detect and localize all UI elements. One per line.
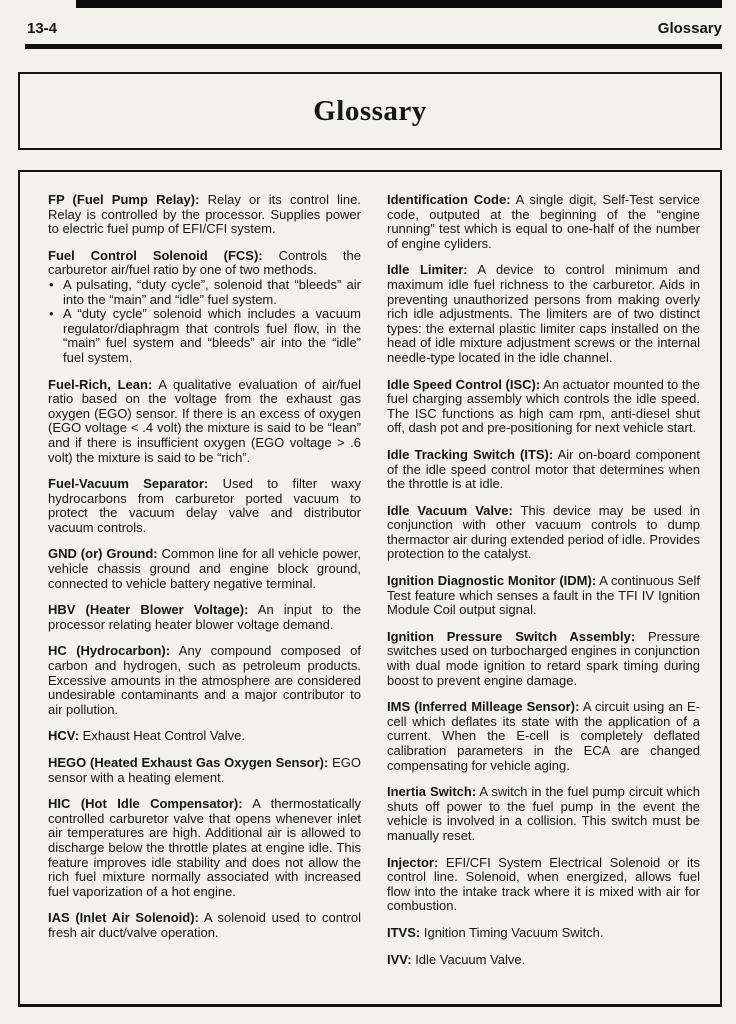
glossary-definition: HC (Hydrocarbon): Any compound composed …: [48, 644, 361, 717]
glossary-definition: Idle Vacuum Valve: This device may be us…: [387, 504, 700, 562]
glossary-entry: Identification Code: A single digit, Sel…: [387, 193, 700, 251]
glossary-entry: HCV: Exhaust Heat Control Valve.: [48, 729, 361, 744]
glossary-term: Injector:: [387, 855, 438, 870]
bullet-item: A “duty cycle” solenoid which includes a…: [48, 307, 361, 365]
glossary-definition: Ignition Pressure Switch Assembly: Press…: [387, 630, 700, 688]
glossary-term: IVV:: [387, 952, 412, 967]
glossary-entry: IMS (Inferred Milleage Sensor): A circui…: [387, 700, 700, 773]
glossary-entry: Idle Speed Control (ISC): An actuator mo…: [387, 378, 700, 436]
glossary-entry: Fuel-Rich, Lean: A qualitative evaluatio…: [48, 378, 361, 466]
glossary-term: Inertia Switch:: [387, 784, 476, 799]
glossary-definition: FP (Fuel Pump Relay): Relay or its contr…: [48, 193, 361, 237]
page-title: Glossary: [313, 95, 427, 128]
glossary-term: Fuel-Rich, Lean:: [48, 377, 152, 392]
glossary-definition: HIC (Hot Idle Compensator): A thermostat…: [48, 797, 361, 899]
glossary-term: Ignition Diagnostic Monitor (IDM):: [387, 573, 596, 588]
glossary-entry: HEGO (Heated Exhaust Gas Oxygen Sensor):…: [48, 756, 361, 785]
glossary-entry: IVV: Idle Vacuum Valve.: [387, 953, 700, 968]
glossary-definition: IAS (Inlet Air Solenoid): A solenoid use…: [48, 911, 361, 940]
header-rule: [25, 44, 722, 49]
glossary-entry: Fuel Control Solenoid (FCS): Controls th…: [48, 249, 361, 366]
glossary-definition: Injector: EFI/CFI System Electrical Sole…: [387, 856, 700, 914]
glossary-term: Identification Code:: [387, 192, 511, 207]
glossary-term: HC (Hydrocarbon):: [48, 643, 170, 658]
glossary-column-left: FP (Fuel Pump Relay): Relay or its contr…: [48, 193, 361, 979]
glossary-definition: Fuel-Rich, Lean: A qualitative evaluatio…: [48, 378, 361, 466]
glossary-definition: ITVS: Ignition Timing Vacuum Switch.: [387, 926, 700, 941]
glossary-term: HEGO (Heated Exhaust Gas Oxygen Sensor):: [48, 755, 328, 770]
glossary-definition: Inertia Switch: A switch in the fuel pum…: [387, 785, 700, 843]
glossary-entry: Idle Tracking Switch (ITS): Air on-board…: [387, 448, 700, 492]
glossary-entry: Injector: EFI/CFI System Electrical Sole…: [387, 856, 700, 914]
glossary-definition: Fuel Control Solenoid (FCS): Controls th…: [48, 249, 361, 278]
glossary-definition: Idle Tracking Switch (ITS): Air on-board…: [387, 448, 700, 492]
glossary-term: HCV:: [48, 728, 79, 743]
glossary-term: HBV (Heater Blower Voltage):: [48, 602, 248, 617]
glossary-entry: HC (Hydrocarbon): Any compound composed …: [48, 644, 361, 717]
glossary-term: HIC (Hot Idle Compensator):: [48, 796, 243, 811]
glossary-definition: Ignition Diagnostic Monitor (IDM): A con…: [387, 574, 700, 618]
glossary-term: FP (Fuel Pump Relay):: [48, 192, 199, 207]
glossary-term: IMS (Inferred Milleage Sensor):: [387, 699, 579, 714]
glossary-entry: FP (Fuel Pump Relay): Relay or its contr…: [48, 193, 361, 237]
page-number: 13-4: [27, 20, 57, 37]
glossary-term: GND (or) Ground:: [48, 546, 158, 561]
glossary-definition: GND (or) Ground: Common line for all veh…: [48, 547, 361, 591]
glossary-term: Ignition Pressure Switch Assembly:: [387, 629, 635, 644]
glossary-definition: HCV: Exhaust Heat Control Valve.: [48, 729, 361, 744]
glossary-entry: Inertia Switch: A switch in the fuel pum…: [387, 785, 700, 843]
glossary-entry: Idle Limiter: A device to control minimu…: [387, 263, 700, 365]
bullet-list: A pulsating, “duty cycle”, solenoid that…: [48, 278, 361, 366]
glossary-term: Idle Vacuum Valve:: [387, 503, 513, 518]
glossary-definition: Idle Speed Control (ISC): An actuator mo…: [387, 378, 700, 436]
glossary-term: Idle Speed Control (ISC):: [387, 377, 540, 392]
glossary-definition: HEGO (Heated Exhaust Gas Oxygen Sensor):…: [48, 756, 361, 785]
glossary-definition: Idle Limiter: A device to control minimu…: [387, 263, 700, 365]
glossary-entry: HBV (Heater Blower Voltage): An input to…: [48, 603, 361, 632]
glossary-definition: HBV (Heater Blower Voltage): An input to…: [48, 603, 361, 632]
glossary-entry: Idle Vacuum Valve: This device may be us…: [387, 504, 700, 562]
glossary-entry: HIC (Hot Idle Compensator): A thermostat…: [48, 797, 361, 899]
glossary-columns: FP (Fuel Pump Relay): Relay or its contr…: [48, 193, 700, 979]
glossary-term: Fuel-Vacuum Separator:: [48, 476, 208, 491]
glossary-entry: Fuel-Vacuum Separator: Used to filter wa…: [48, 477, 361, 535]
glossary-entry: GND (or) Ground: Common line for all veh…: [48, 547, 361, 591]
page-header: 13-4 Glossary: [27, 20, 722, 37]
glossary-entry: IAS (Inlet Air Solenoid): A solenoid use…: [48, 911, 361, 940]
glossary-content-box: FP (Fuel Pump Relay): Relay or its contr…: [18, 170, 722, 1007]
glossary-term: Idle Tracking Switch (ITS):: [387, 447, 553, 462]
glossary-term: Idle Limiter:: [387, 262, 468, 277]
glossary-term: Fuel Control Solenoid (FCS):: [48, 248, 263, 263]
glossary-entry: ITVS: Ignition Timing Vacuum Switch.: [387, 926, 700, 941]
glossary-column-right: Identification Code: A single digit, Sel…: [387, 193, 700, 979]
glossary-title-box: Glossary: [18, 72, 722, 150]
glossary-entry: Ignition Diagnostic Monitor (IDM): A con…: [387, 574, 700, 618]
glossary-definition: Identification Code: A single digit, Sel…: [387, 193, 700, 251]
scan-edge-artifact: [76, 0, 722, 8]
glossary-definition: IVV: Idle Vacuum Valve.: [387, 953, 700, 968]
glossary-term: IAS (Inlet Air Solenoid):: [48, 910, 199, 925]
glossary-definition: Fuel-Vacuum Separator: Used to filter wa…: [48, 477, 361, 535]
glossary-entry: Ignition Pressure Switch Assembly: Press…: [387, 630, 700, 688]
header-section-title: Glossary: [658, 20, 722, 37]
bullet-item: A pulsating, “duty cycle”, solenoid that…: [48, 278, 361, 307]
glossary-definition: IMS (Inferred Milleage Sensor): A circui…: [387, 700, 700, 773]
glossary-term: ITVS:: [387, 925, 420, 940]
